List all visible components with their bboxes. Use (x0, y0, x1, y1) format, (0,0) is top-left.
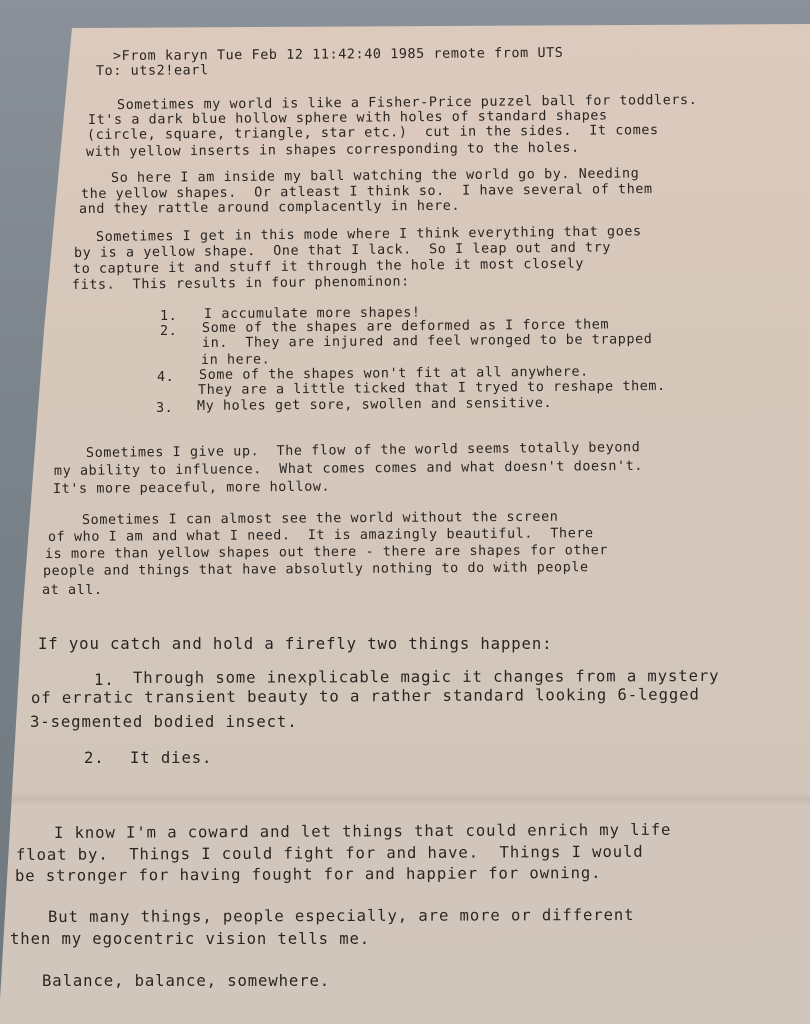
list-number: 4. (157, 371, 174, 384)
to-line: To: uts2!earl (96, 64, 209, 78)
list-number: 1. (94, 673, 115, 689)
text-line: It's more peaceful, more hollow. (53, 481, 330, 497)
list-text: of erratic transient beauty to a rather … (31, 687, 700, 706)
list-text: It dies. (130, 751, 212, 767)
list-text: in here. (201, 353, 270, 367)
list-text: 3-segmented bodied insect. (30, 715, 298, 731)
list-text: Through some inexplicable magic it chang… (133, 669, 719, 687)
text-line: at all. (42, 584, 103, 597)
text-line: But many things, people especially, are … (48, 908, 634, 926)
text-line: float by. Things I could fight for and h… (16, 845, 644, 864)
list-number: 2. (160, 325, 177, 338)
text-line: fits. This results in four phenominon: (72, 275, 410, 292)
firefly-intro: If you catch and hold a firefly two thin… (38, 637, 552, 653)
text-line: Sometimes I can almost see the world wit… (82, 511, 558, 528)
text-line: I know I'm a coward and let things that … (54, 823, 671, 842)
list-number: 3. (156, 402, 173, 415)
text-line: and they rattle around complacently in h… (79, 200, 460, 217)
list-number: 2. (84, 751, 105, 767)
text-line: be stronger for having fought for and ha… (15, 866, 602, 885)
list-text: My holes get sore, swollen and sensitive… (197, 397, 552, 414)
list-number: 1. (160, 310, 177, 323)
text-line: then my egocentric vision tells me. (10, 932, 370, 948)
closing-line: Balance, balance, somewhere. (42, 974, 330, 990)
from-line: >From karyn Tue Feb 12 11:42:40 1985 rem… (113, 47, 564, 64)
